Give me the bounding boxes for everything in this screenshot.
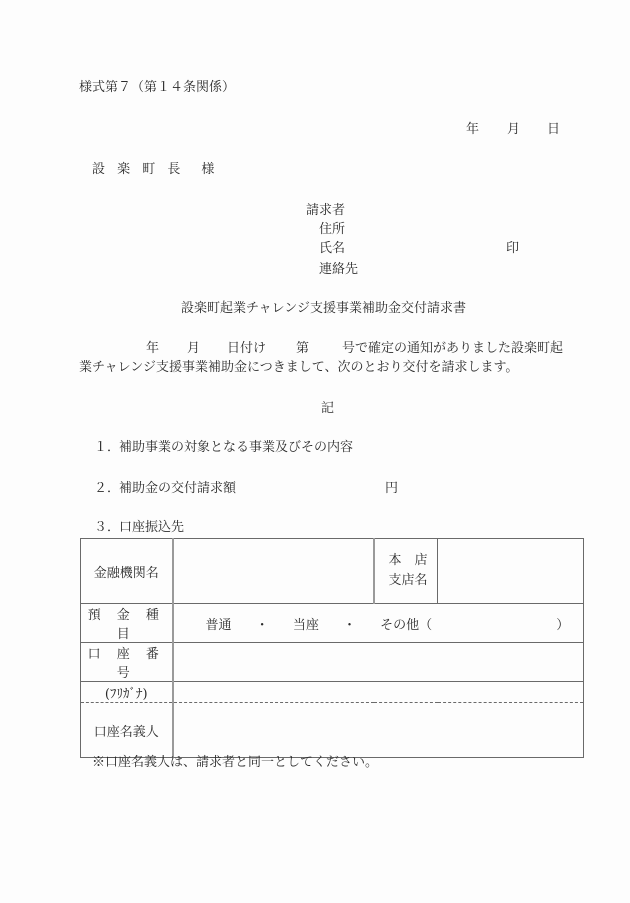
item-1-number: １． xyxy=(94,440,120,456)
option-other[interactable]: その他（ xyxy=(380,614,432,633)
body-line2: 業チャレンジ支援事業補助金につきまして、次のとおり交付を請求します。 xyxy=(79,360,518,376)
body-year: 年 xyxy=(146,341,159,357)
address-label: 住所 xyxy=(319,222,345,238)
item-3-number: ３． xyxy=(94,520,120,536)
date-year-label: 年 xyxy=(466,122,479,138)
item-1-label: 補助事業の対象となる事業及びその内容 xyxy=(119,440,353,456)
bank-account-table: 金融機関名 本 店 支店名 預 金 種 目 普通 ・ 当座 ・ その他（ ） 口… xyxy=(80,538,584,758)
bank-name-label: 金融機関名 xyxy=(81,539,173,604)
branch-label-line2: 支店名 xyxy=(389,571,438,591)
deposit-type-options: 普通 ・ 当座 ・ その他（ ） xyxy=(173,604,584,643)
item-2-unit: 円 xyxy=(385,481,398,497)
furigana-field[interactable] xyxy=(173,682,584,703)
deposit-type-label: 預 金 種 目 xyxy=(81,604,173,643)
option-other-close: ） xyxy=(556,614,569,633)
item-3-label: 口座振込先 xyxy=(119,520,184,536)
account-holder-label: 口座名義人 xyxy=(81,703,173,758)
document-title: 設楽町起業チャレンジ支援事業補助金交付請求書 xyxy=(181,301,466,317)
account-holder-row: 口座名義人 xyxy=(81,703,584,758)
item-2-label: 補助金の交付請求額 xyxy=(119,481,236,497)
account-number-row: 口 座 番 号 xyxy=(81,643,584,682)
applicant-heading: 請求者 xyxy=(306,203,345,219)
branch-name-field[interactable] xyxy=(438,539,584,604)
body-line1-rest: 号で確定の通知がありました設楽町起 xyxy=(342,341,563,357)
body-number-prefix: 第 xyxy=(296,341,309,357)
branch-label: 本 店 支店名 xyxy=(374,539,438,604)
deposit-type-row: 預 金 種 目 普通 ・ 当座 ・ その他（ ） xyxy=(81,604,584,643)
ki-heading: 記 xyxy=(321,401,334,417)
seal-label: 印 xyxy=(506,241,519,257)
bank-name-field[interactable] xyxy=(173,539,374,604)
option-current[interactable]: 当座 xyxy=(293,614,319,633)
form-number: 様式第７（第１４条関係） xyxy=(79,80,235,96)
body-dated: 日付け xyxy=(227,341,266,357)
option-separator: ・ xyxy=(343,614,356,633)
bank-row: 金融機関名 本 店 支店名 xyxy=(81,539,584,604)
contact-label: 連絡先 xyxy=(319,262,358,278)
furigana-row: (ﾌﾘｶﾞﾅ) xyxy=(81,682,584,703)
branch-label-line1: 本 店 xyxy=(389,551,438,571)
option-separator: ・ xyxy=(256,614,269,633)
body-month: 月 xyxy=(187,341,200,357)
addressee: 設 楽 町 長 様 xyxy=(92,162,218,178)
option-ordinary[interactable]: 普通 xyxy=(206,614,232,633)
date-day-label: 日 xyxy=(547,122,560,138)
account-holder-note: ※口座名義人は、請求者と同一としてください。 xyxy=(92,755,378,771)
account-number-label: 口 座 番 号 xyxy=(81,643,173,682)
item-2-number: ２． xyxy=(94,481,120,497)
name-label: 氏名 xyxy=(319,241,345,257)
account-number-field[interactable] xyxy=(173,643,584,682)
account-holder-field[interactable] xyxy=(173,703,584,758)
furigana-label: (ﾌﾘｶﾞﾅ) xyxy=(81,682,173,703)
date-month-label: 月 xyxy=(507,122,520,138)
